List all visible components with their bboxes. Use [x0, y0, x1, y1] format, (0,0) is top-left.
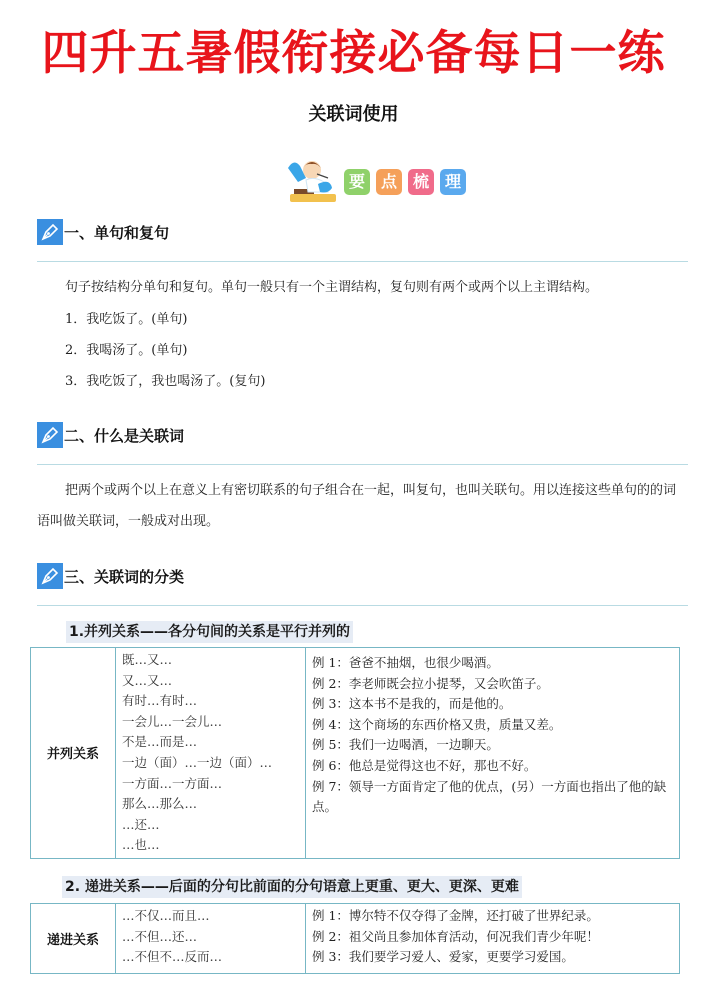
conjunction-item: 有时…有时…	[122, 691, 299, 712]
table-row: 并列关系 既…又… 又…又… 有时…有时… 一会儿…一会儿… 不是…而是… 一边…	[31, 648, 680, 859]
section-heading-2: 二、什么是关联词	[37, 422, 184, 448]
table-row: 递进关系 …不仅…而且… …不但…还… …不但不…反而… 例 1：博尔特不仅夺得…	[31, 904, 680, 974]
divider	[37, 464, 688, 465]
divider	[37, 261, 688, 262]
example-sentence: 例 1：爸爸不抽烟，也很少喝酒。	[312, 653, 673, 674]
section-heading-3: 三、关联词的分类	[37, 563, 184, 589]
banner-chip-2: 点	[376, 169, 402, 195]
divider	[37, 605, 688, 606]
pen-nib-icon	[37, 563, 63, 589]
conjunction-list-cell: 既…又… 又…又… 有时…有时… 一会儿…一会儿… 不是…而是… 一边（面）…一…	[116, 648, 306, 859]
example-sentence: 例 2：祖父尚且参加体育活动，何况我们青少年呢！	[312, 927, 673, 948]
example-sentence: 例 1：博尔特不仅夺得了金牌，还打破了世界纪录。	[312, 906, 673, 927]
parallel-relation-table: 并列关系 既…又… 又…又… 有时…有时… 一会儿…一会儿… 不是…而是… 一边…	[30, 647, 680, 859]
example-sentence: 例 3：这本书不是我的，而是他的。	[312, 694, 673, 715]
conjunction-item: 那么…那么…	[122, 794, 299, 815]
category-cell: 递进关系	[31, 904, 116, 974]
banner-chip-4: 理	[440, 169, 466, 195]
conjunction-item: 不是…而是…	[122, 732, 299, 753]
conjunction-list-cell: …不仅…而且… …不但…还… …不但不…反而…	[116, 904, 306, 974]
conjunction-item: …也…	[122, 835, 299, 856]
category-cell: 并列关系	[31, 648, 116, 859]
section-title: 一、单句和复句	[64, 222, 169, 243]
progressive-relation-table: 递进关系 …不仅…而且… …不但…还… …不但不…反而… 例 1：博尔特不仅夺得…	[30, 903, 680, 974]
page-subtitle: 关联词使用	[0, 102, 707, 128]
example-line: 3．我吃饭了，我也喝汤了。(复句)	[65, 372, 265, 392]
examples-cell: 例 1：爸爸不抽烟，也很少喝酒。 例 2：李老师既会拉小提琴，又会吹笛子。 例 …	[306, 648, 680, 859]
conjunction-item: 一会儿…一会儿…	[122, 712, 299, 733]
section-heading-1: 一、单句和复句	[37, 219, 169, 245]
section-title: 三、关联词的分类	[64, 566, 184, 587]
paragraph: 把两个或两个以上在意义上有密切联系的句子组合在一起，叫复句，也叫关联句。用以连接…	[37, 475, 688, 537]
example-sentence: 例 2：李老师既会拉小提琴，又会吹笛子。	[312, 674, 673, 695]
example-sentence: 例 3：我们要学习爱人、爱家，更要学习爱国。	[312, 947, 673, 968]
conjunction-item: 一方面…一方面…	[122, 774, 299, 795]
paragraph: 句子按结构分单句和复句。单句一般只有一个主谓结构，复句则有两个或两个以上主谓结构…	[37, 272, 688, 303]
example-sentence: 例 5：我们一边喝酒，一边聊天。	[312, 735, 673, 756]
conjunction-item: …不但…还…	[122, 927, 299, 948]
example-line: 1．我吃饭了。(单句)	[65, 310, 187, 330]
pen-nib-icon	[37, 219, 63, 245]
page-title: 四升五暑假衔接必备每日一练	[0, 22, 707, 86]
examples-cell: 例 1：博尔特不仅夺得了金牌，还打破了世界纪录。 例 2：祖父尚且参加体育活动，…	[306, 904, 680, 974]
conjunction-item: …不但不…反而…	[122, 947, 299, 968]
conjunction-item: 一边（面）…一边（面）…	[122, 753, 299, 774]
example-line: 2．我喝汤了。(单句)	[65, 341, 187, 361]
banner-chip-1: 要	[344, 169, 370, 195]
example-sentence: 例 7：领导一方面肯定了他的优点，(另）一方面也指出了他的缺点。	[312, 777, 673, 818]
subsection-heading-parallel: 1.并列关系——各分句间的关系是平行并列的	[66, 621, 353, 643]
subsection-heading-progressive: 2. 递进关系——后面的分句比前面的分句语意上更重、更大、更深、更难	[62, 876, 522, 898]
section-title: 二、什么是关联词	[64, 425, 184, 446]
conjunction-item: …还…	[122, 815, 299, 836]
conjunction-item: 既…又…	[122, 650, 299, 671]
conjunction-item: 又…又…	[122, 671, 299, 692]
banner-chip-3: 梳	[408, 169, 434, 195]
example-sentence: 例 4：这个商场的东西价格又贵，质量又差。	[312, 715, 673, 736]
conjunction-item: …不仅…而且…	[122, 906, 299, 927]
key-points-banner: 要 点 梳 理	[284, 154, 474, 204]
boy-reading-illustration-icon	[284, 154, 342, 204]
example-sentence: 例 6：他总是觉得这也不好，那也不好。	[312, 756, 673, 777]
pen-nib-icon	[37, 422, 63, 448]
